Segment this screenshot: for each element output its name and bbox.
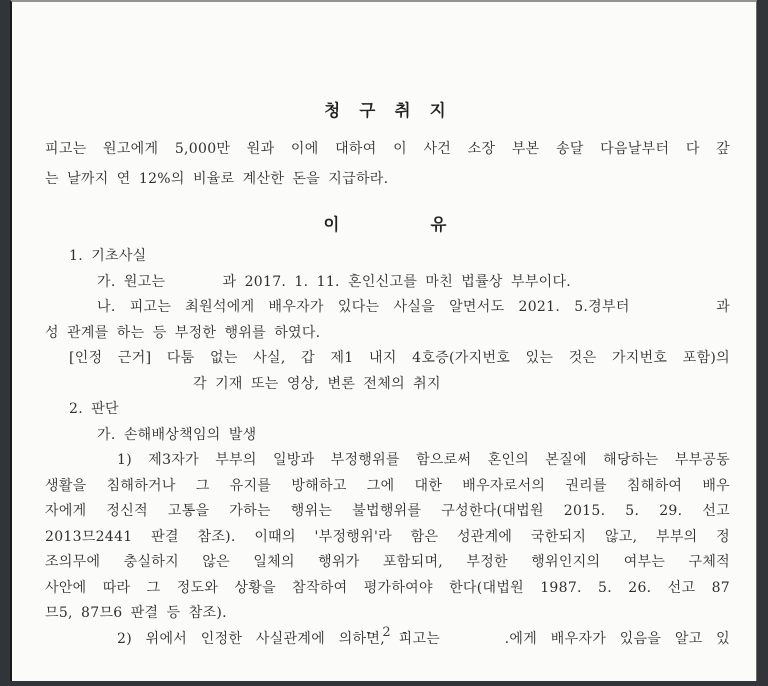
doc-line: 사안에 따라 그 정도와 상황을 참작하여 평가하여야 한다(대법원 1987.… (45, 576, 730, 602)
doc-line: 성 관계를 하는 등 부정한 행위를 하였다. (45, 321, 730, 347)
document-content: 청 구 취 지 피고는 원고에게 5,000만 원과 이에 대하여 이 사건 소… (45, 2, 730, 652)
reasons-section-body: 1. 기초사실 가. 원고는 과 2017. 1. 11. 혼인신고를 마친 법… (45, 244, 730, 652)
reasons-section-title: 이 유 (45, 214, 730, 236)
doc-line: 각 기재 또는 영상, 변론 전체의 취지 (193, 372, 730, 398)
doc-line: 2. 판단 (69, 397, 730, 423)
doc-line: 생활을 침해하거나 그 유지를 방해하고 그에 대한 배우자로서의 권리를 침해… (45, 474, 730, 500)
doc-line: 므5, 87므6 판결 등 참조). (45, 601, 730, 627)
doc-line: 자에게 정신적 고통을 가하는 행위는 불법행위를 구성한다(대법원 2015.… (45, 499, 730, 525)
claim-section-body: 피고는 원고에게 5,000만 원과 이에 대하여 이 사건 소장 부본 송달 … (45, 134, 730, 194)
claim-section-title: 청 구 취 지 (45, 100, 730, 122)
doc-line: 가. 원고는 과 2017. 1. 11. 혼인신고를 마친 법률상 부부이다. (97, 270, 730, 296)
doc-line: 조의무에 충실하지 않은 일체의 행위가 포함되며, 부정한 행위인지의 여부는… (45, 550, 730, 576)
doc-line: [인정 근거] 다툼 없는 사실, 갑 제1 내지 4호증(가지번호 있는 것은… (69, 346, 730, 372)
document-page: 청 구 취 지 피고는 원고에게 5,000만 원과 이에 대하여 이 사건 소… (10, 0, 757, 681)
doc-line: 2013므2441 판결 참조). 이때의 '부정행위'라 함은 성관계에 국한… (45, 525, 730, 551)
page-number: - 2 - (45, 625, 730, 640)
doc-line: 피고는 원고에게 5,000만 원과 이에 대하여 이 사건 소장 부본 송달 … (45, 134, 730, 164)
scan-background: 청 구 취 지 피고는 원고에게 5,000만 원과 이에 대하여 이 사건 소… (0, 0, 768, 686)
doc-line: 는 날까지 연 12%의 비율로 계산한 돈을 지급하라. (45, 164, 730, 194)
doc-line: 가. 손해배상책임의 발생 (97, 423, 730, 449)
doc-line: 1) 제3자가 부부의 일방과 부정행위를 함으로써 혼인의 본질에 해당하는 … (117, 448, 730, 474)
doc-line: 나. 피고는 최원석에게 배우자가 있다는 사실을 알면서도 2021. 5.경… (97, 295, 730, 321)
doc-line: 1. 기초사실 (69, 244, 730, 270)
